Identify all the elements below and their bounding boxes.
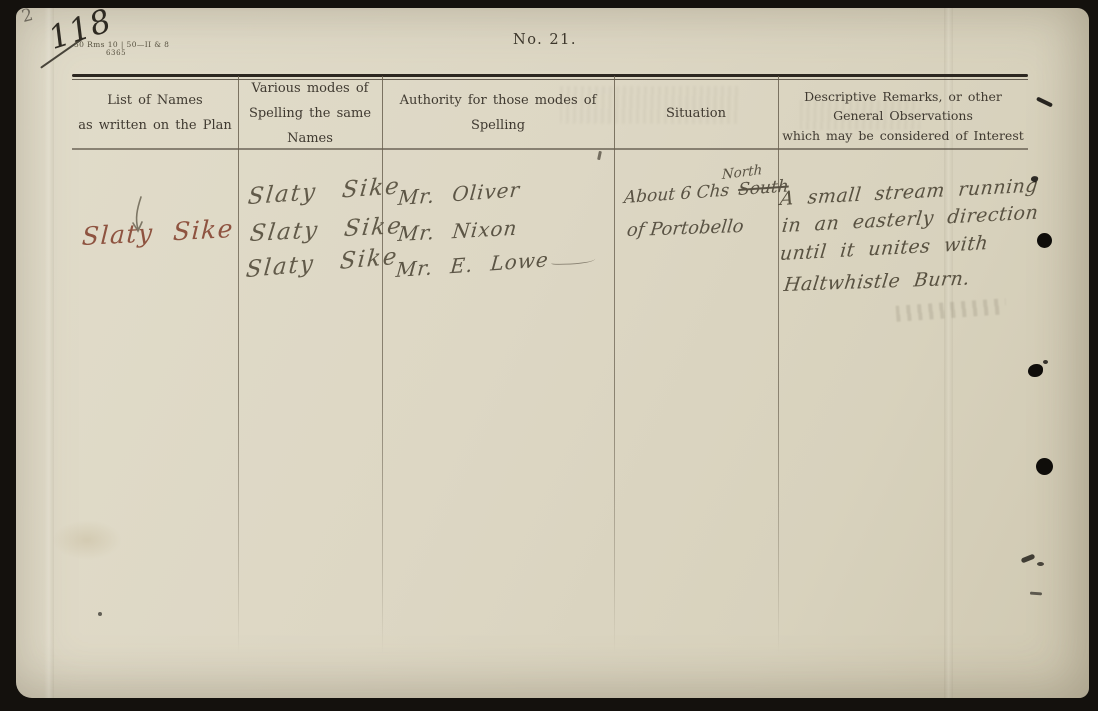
column-header-authority: Authority for those modes of Spelling <box>382 84 614 142</box>
column-header-situation: Situation <box>614 84 778 142</box>
column-header-remarks: Descriptive Remarks, or other General Ob… <box>778 87 1028 145</box>
table-top-rule-thin <box>72 79 1028 80</box>
printer-imprint-line2: 6365 <box>106 49 126 57</box>
header-line: Situation <box>614 101 778 126</box>
ink-speck <box>1037 562 1044 566</box>
table-top-rule-thick <box>72 74 1028 77</box>
ink-speck <box>1043 360 1048 364</box>
paper-stain <box>52 520 122 560</box>
printer-imprint-line1: 50 Rms 10 | 50—II & 8 <box>74 40 169 49</box>
header-line: Authority for those modes of <box>382 88 614 113</box>
table-header-rule <box>72 148 1028 150</box>
sheet-number-title: No. 21. <box>500 32 590 48</box>
header-line: which may be considered of Interest <box>778 126 1028 146</box>
header-line: Descriptive Remarks, or other <box>778 87 1028 107</box>
header-line: as written on the Plan <box>72 113 238 138</box>
header-line: Various modes of <box>238 76 382 101</box>
column-divider <box>778 76 779 654</box>
hole-punch <box>1037 233 1052 248</box>
header-line: General Observations <box>778 106 1028 126</box>
header-line: Spelling <box>382 113 614 138</box>
header-line: List of Names <box>72 88 238 113</box>
hole-punch <box>1036 458 1053 475</box>
entry-situation-line2: of Portobello <box>626 216 745 241</box>
header-line: Spelling the same Names <box>238 101 382 151</box>
column-header-spellings: Various modes of Spelling the same Names <box>238 84 382 142</box>
column-divider <box>614 76 615 654</box>
paper-fold-highlight <box>44 8 54 698</box>
column-header-names: List of Names as written on the Plan <box>72 84 238 142</box>
column-divider <box>238 76 239 654</box>
ink-speck <box>98 612 102 616</box>
column-divider <box>382 76 383 654</box>
